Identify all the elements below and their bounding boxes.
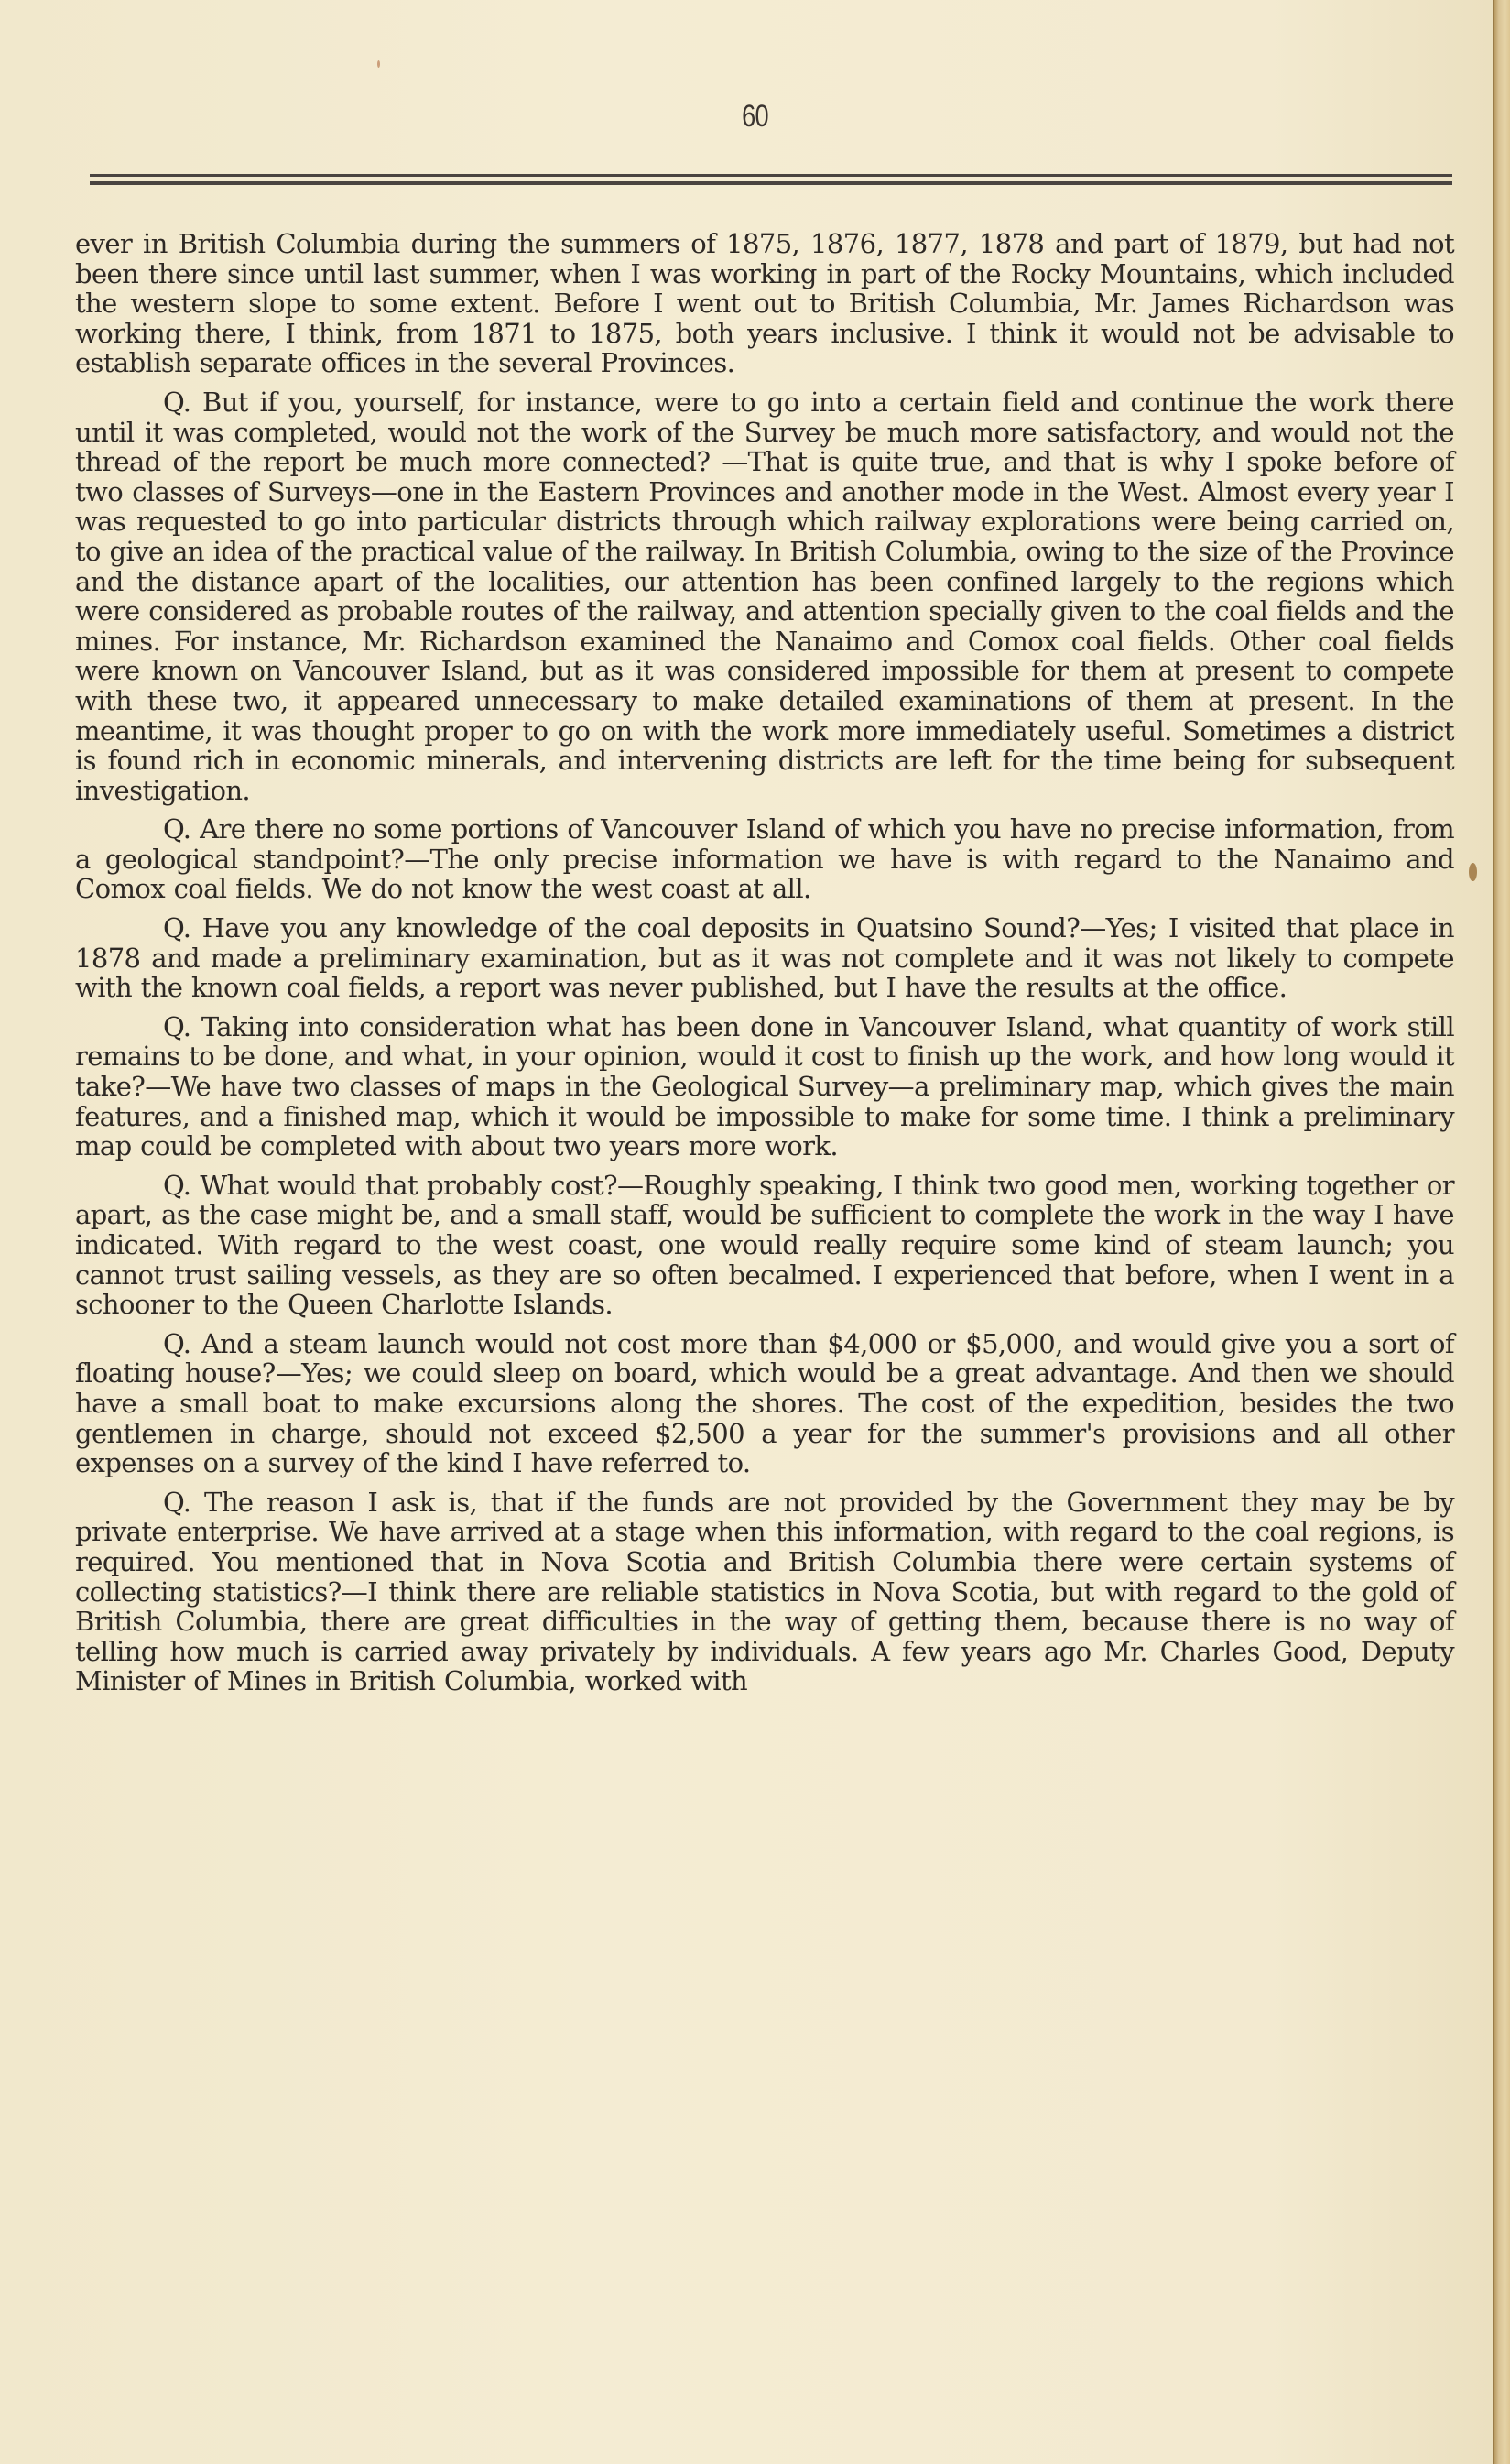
document-page: 60 ever in British Columbia during the s… [0, 0, 1493, 2464]
paragraph-continuation: ever in British Columbia during the summ… [75, 229, 1454, 378]
paragraph-question-steam-launch: Q. And a steam launch would not cost mor… [75, 1329, 1454, 1478]
paragraph-question-vancouver-island: Q. Are there no some portions of Vancouv… [75, 814, 1454, 904]
book-binding-edge [1493, 0, 1510, 2464]
body-text: ever in British Columbia during the summ… [75, 229, 1454, 1697]
paragraph-question-remaining-work: Q. Taking into consideration what has be… [75, 1012, 1454, 1161]
paragraph-question-statistics: Q. The reason I ask is, that if the fund… [75, 1488, 1454, 1696]
paragraph-question-survey-fields: Q. But if you, yourself, for instance, w… [75, 387, 1454, 805]
paper-blemish [377, 60, 380, 68]
paragraph-question-quatsino-sound: Q. Have you any knowledge of the coal de… [75, 913, 1454, 1003]
header-double-rule [90, 174, 1452, 190]
rule-line-top [90, 174, 1452, 177]
rule-line-bottom [90, 181, 1452, 185]
paragraph-question-cost: Q. What would that probably cost?—Roughl… [75, 1171, 1454, 1320]
page-number: 60 [151, 99, 1359, 135]
paper-stain [1469, 863, 1477, 881]
